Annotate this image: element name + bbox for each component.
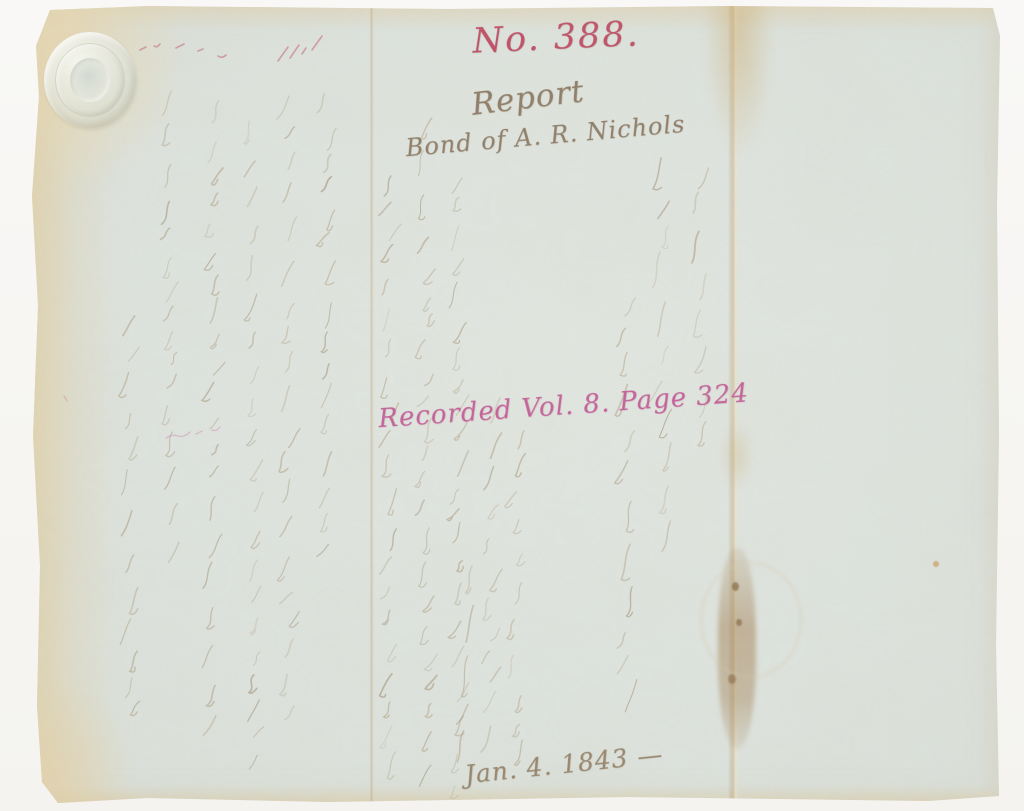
document-paper: No. 388. Report Bond of A. R. Nichols Re…: [28, 6, 1000, 803]
scanner-background: No. 388. Report Bond of A. R. Nichols Re…: [0, 0, 1024, 811]
paper-texture: [28, 6, 1000, 803]
